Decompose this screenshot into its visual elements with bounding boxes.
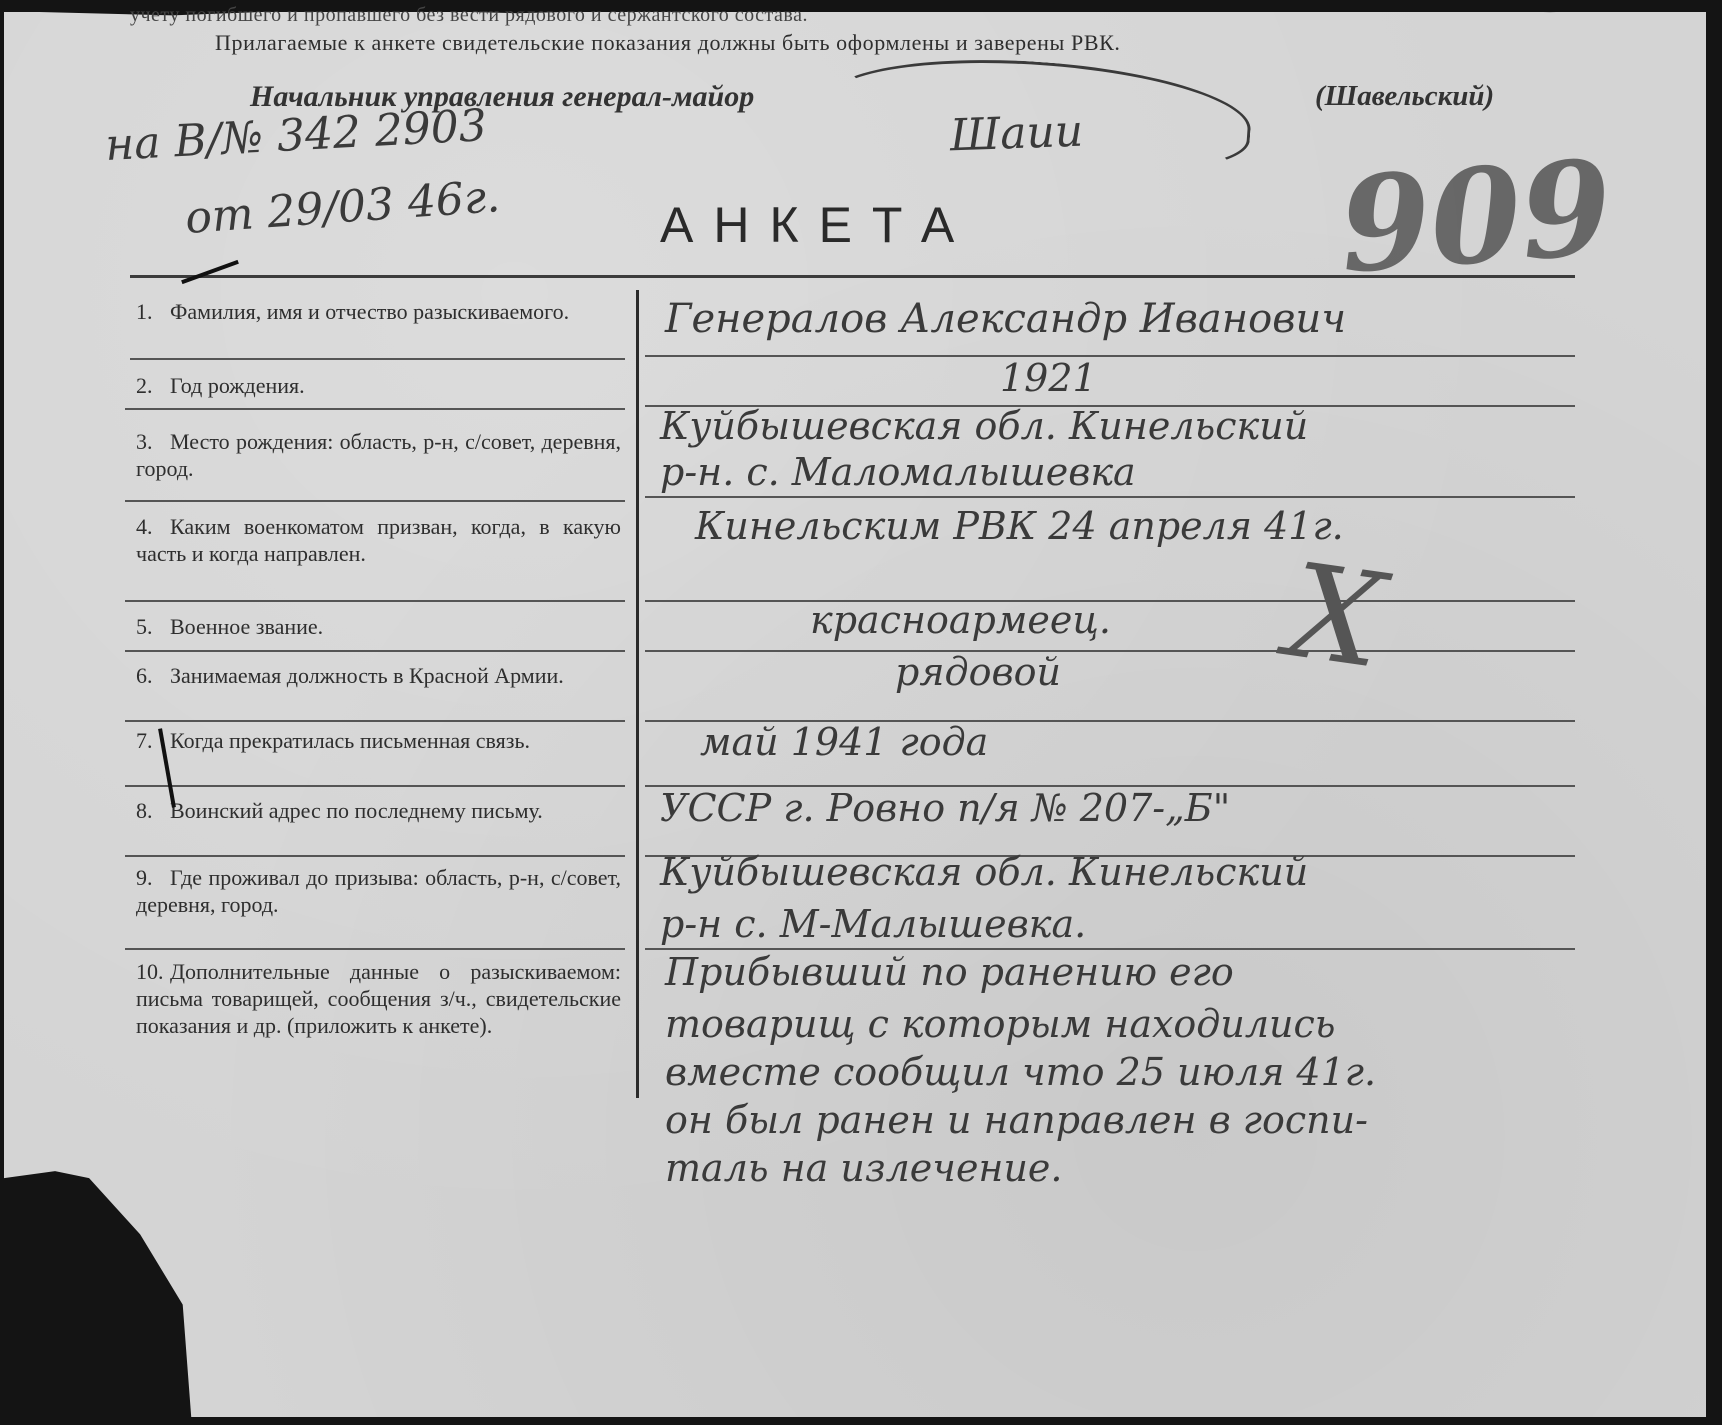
question-8: 8.Воинский адрес по последнему письму. [136,797,621,824]
answer-line [645,355,1575,357]
signatory-name: (Шавельский) [1315,80,1494,113]
answer-birthplace-line-1: Куйбышевская обл. Кинельский [660,404,1308,448]
answer-military-rank: красноармеец. [810,598,1111,642]
header-line-1: учету погибшего и пропавшего без вести р… [130,4,808,27]
row-divider [125,720,625,722]
question-9: 9.Где проживал до призыва: область, р-н,… [136,864,621,918]
row-divider [125,785,625,787]
row-divider [125,855,625,857]
answer-line [645,496,1575,498]
answer-additional-line-4: он был ранен и направлен в госпи- [665,1098,1368,1142]
question-7: 7.Когда прекратилась письменная связь. [136,727,621,754]
signature: Шаии [949,106,1084,162]
answer-enlistment: Кинельским РВК 24 апреля 41г. [695,504,1344,548]
right-edge [1716,0,1722,1425]
answer-additional-line-3: вместе сообщил что 25 июля 41г. [665,1050,1376,1094]
header-line-2: Прилагаемые к анкете свидетельские показ… [215,30,1120,56]
answer-residence-line-2: р-н с. М-Малышевка. [660,902,1086,946]
form-title: АНКЕТА [660,196,974,254]
row-divider [125,600,625,602]
answer-last-contact: май 1941 года [700,720,988,764]
row-divider [125,650,625,652]
answer-additional-line-1: Прибывший по ранению его [665,950,1234,994]
row-divider [125,408,625,410]
row-divider [125,500,625,502]
row-divider [130,358,625,360]
answer-line [645,650,1575,652]
answer-residence-line-1: Куйбышевская обл. Кинельский [660,850,1308,894]
answer-additional-line-5: таль на излечение. [665,1146,1063,1190]
question-10: 10.Дополнительные данные о разыскиваемом… [136,958,621,1039]
answer-position: рядовой [895,650,1061,694]
question-5: 5.Военное звание. [136,613,621,640]
row-divider [125,948,625,950]
answer-full-name: Генералов Александр Иванович [665,296,1346,342]
question-4: 4.Каким военкоматом призван, когда, в ка… [136,513,621,567]
answer-birth-year: 1921 [1000,356,1097,400]
answer-birthplace-line-2: р-н. с. Маломалышевка [660,450,1136,494]
answer-military-address: УССР г. Ровно п/я № 207-„Б" [660,786,1230,830]
table-top-rule [130,275,1575,278]
column-divider [636,290,639,1098]
question-2: 2.Год рождения. [136,372,621,399]
question-1: 1.Фамилия, имя и отчество разыскиваемого… [136,298,621,325]
question-6: 6.Занимаемая должность в Красной Армии. [136,662,621,689]
question-3: 3.Место рождения: область, р-н, с/совет,… [136,428,621,482]
answer-additional-line-2: товарищ с которым находились [665,1002,1336,1046]
